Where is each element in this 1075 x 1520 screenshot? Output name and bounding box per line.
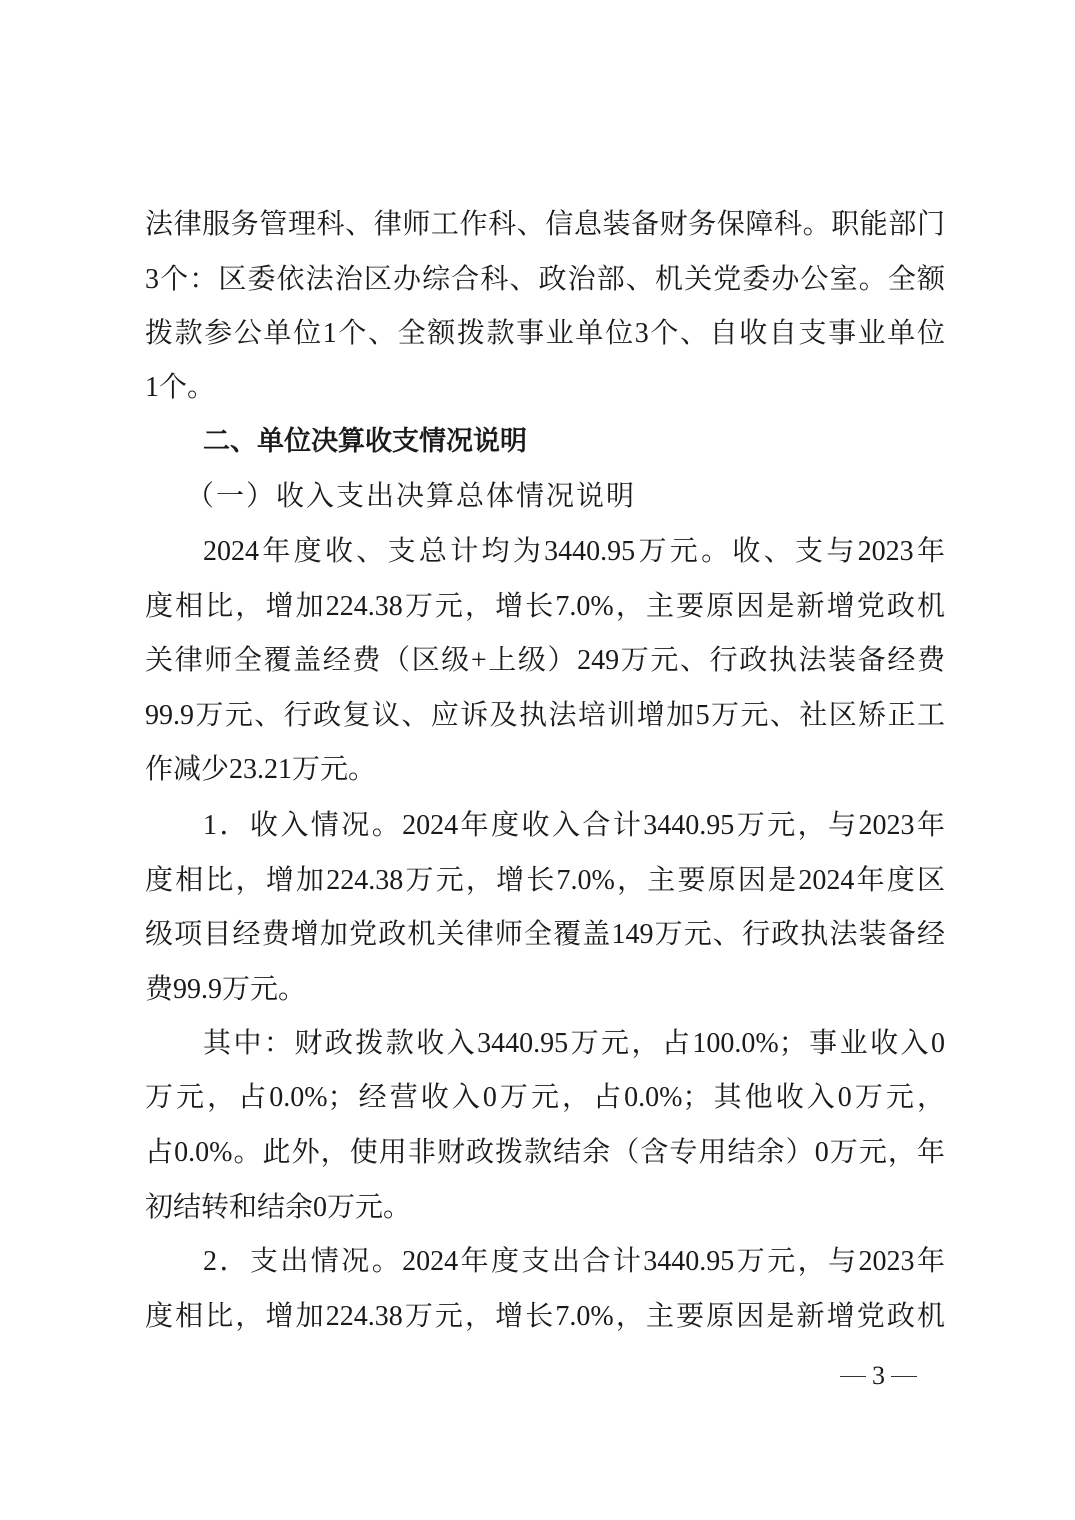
document-page: 法律服务管理科、律师工作科、信息装备财务保障科。职能部门 3个：区委依法治区办综… <box>0 0 1075 1520</box>
paragraph-line: 作减少23.21万元。 <box>145 750 945 790</box>
paragraph-line: 度相比，增加224.38万元，增长7.0%，主要原因是2024年度区 <box>145 861 945 901</box>
paragraph-line: 费99.9万元。 <box>145 970 945 1010</box>
paragraph-line: 占0.0%。此外，使用非财政拨款结余（含专用结余）0万元，年 <box>145 1133 945 1173</box>
paragraph-line: 度相比，增加224.38万元，增长7.0%，主要原因是新增党政机 <box>145 1297 945 1337</box>
text-line: 法律服务管理科、律师工作科、信息装备财务保障科。职能部门 <box>145 205 945 245</box>
dash-left <box>840 1376 866 1377</box>
page-number: 3 <box>872 1358 885 1394</box>
paragraph-line: 级项目经费增加党政机关律师全覆盖149万元、行政执法装备经 <box>145 915 945 955</box>
section-heading: 二、单位决算收支情况说明 <box>203 422 945 462</box>
text-line: 1个。 <box>145 368 945 408</box>
paragraph-line: 其中：财政拨款收入3440.95万元，占100.0%；事业收入0 <box>203 1024 945 1064</box>
paragraph-line: 关律师全覆盖经费（区级+上级）249万元、行政执法装备经费 <box>145 641 945 681</box>
paragraph-line: 2024年度收、支总计均为3440.95万元。收、支与2023年 <box>203 532 945 572</box>
text-line: 3个：区委依法治区办综合科、政治部、机关党委办公室。全额 <box>145 260 945 300</box>
paragraph-line: 1．收入情况。2024年度收入合计3440.95万元，与2023年 <box>203 806 945 846</box>
paragraph-line: 初结转和结余0万元。 <box>145 1188 945 1228</box>
dash-right <box>891 1376 917 1377</box>
text-line: 拨款参公单位1个、全额拨款事业单位3个、自收自支事业单位 <box>145 314 945 354</box>
paragraph-line: 万元，占0.0%；经营收入0万元，占0.0%；其他收入0万元， <box>145 1078 945 1118</box>
page-number-footer: 3 <box>840 1358 940 1394</box>
subsection-heading: （一）收入支出决算总体情况说明 <box>186 477 986 517</box>
paragraph-line: 2．支出情况。2024年度支出合计3440.95万元，与2023年 <box>203 1242 945 1282</box>
paragraph-line: 度相比，增加224.38万元，增长7.0%，主要原因是新增党政机 <box>145 587 945 627</box>
paragraph-line: 99.9万元、行政复议、应诉及执法培训增加5万元、社区矫正工 <box>145 696 945 736</box>
